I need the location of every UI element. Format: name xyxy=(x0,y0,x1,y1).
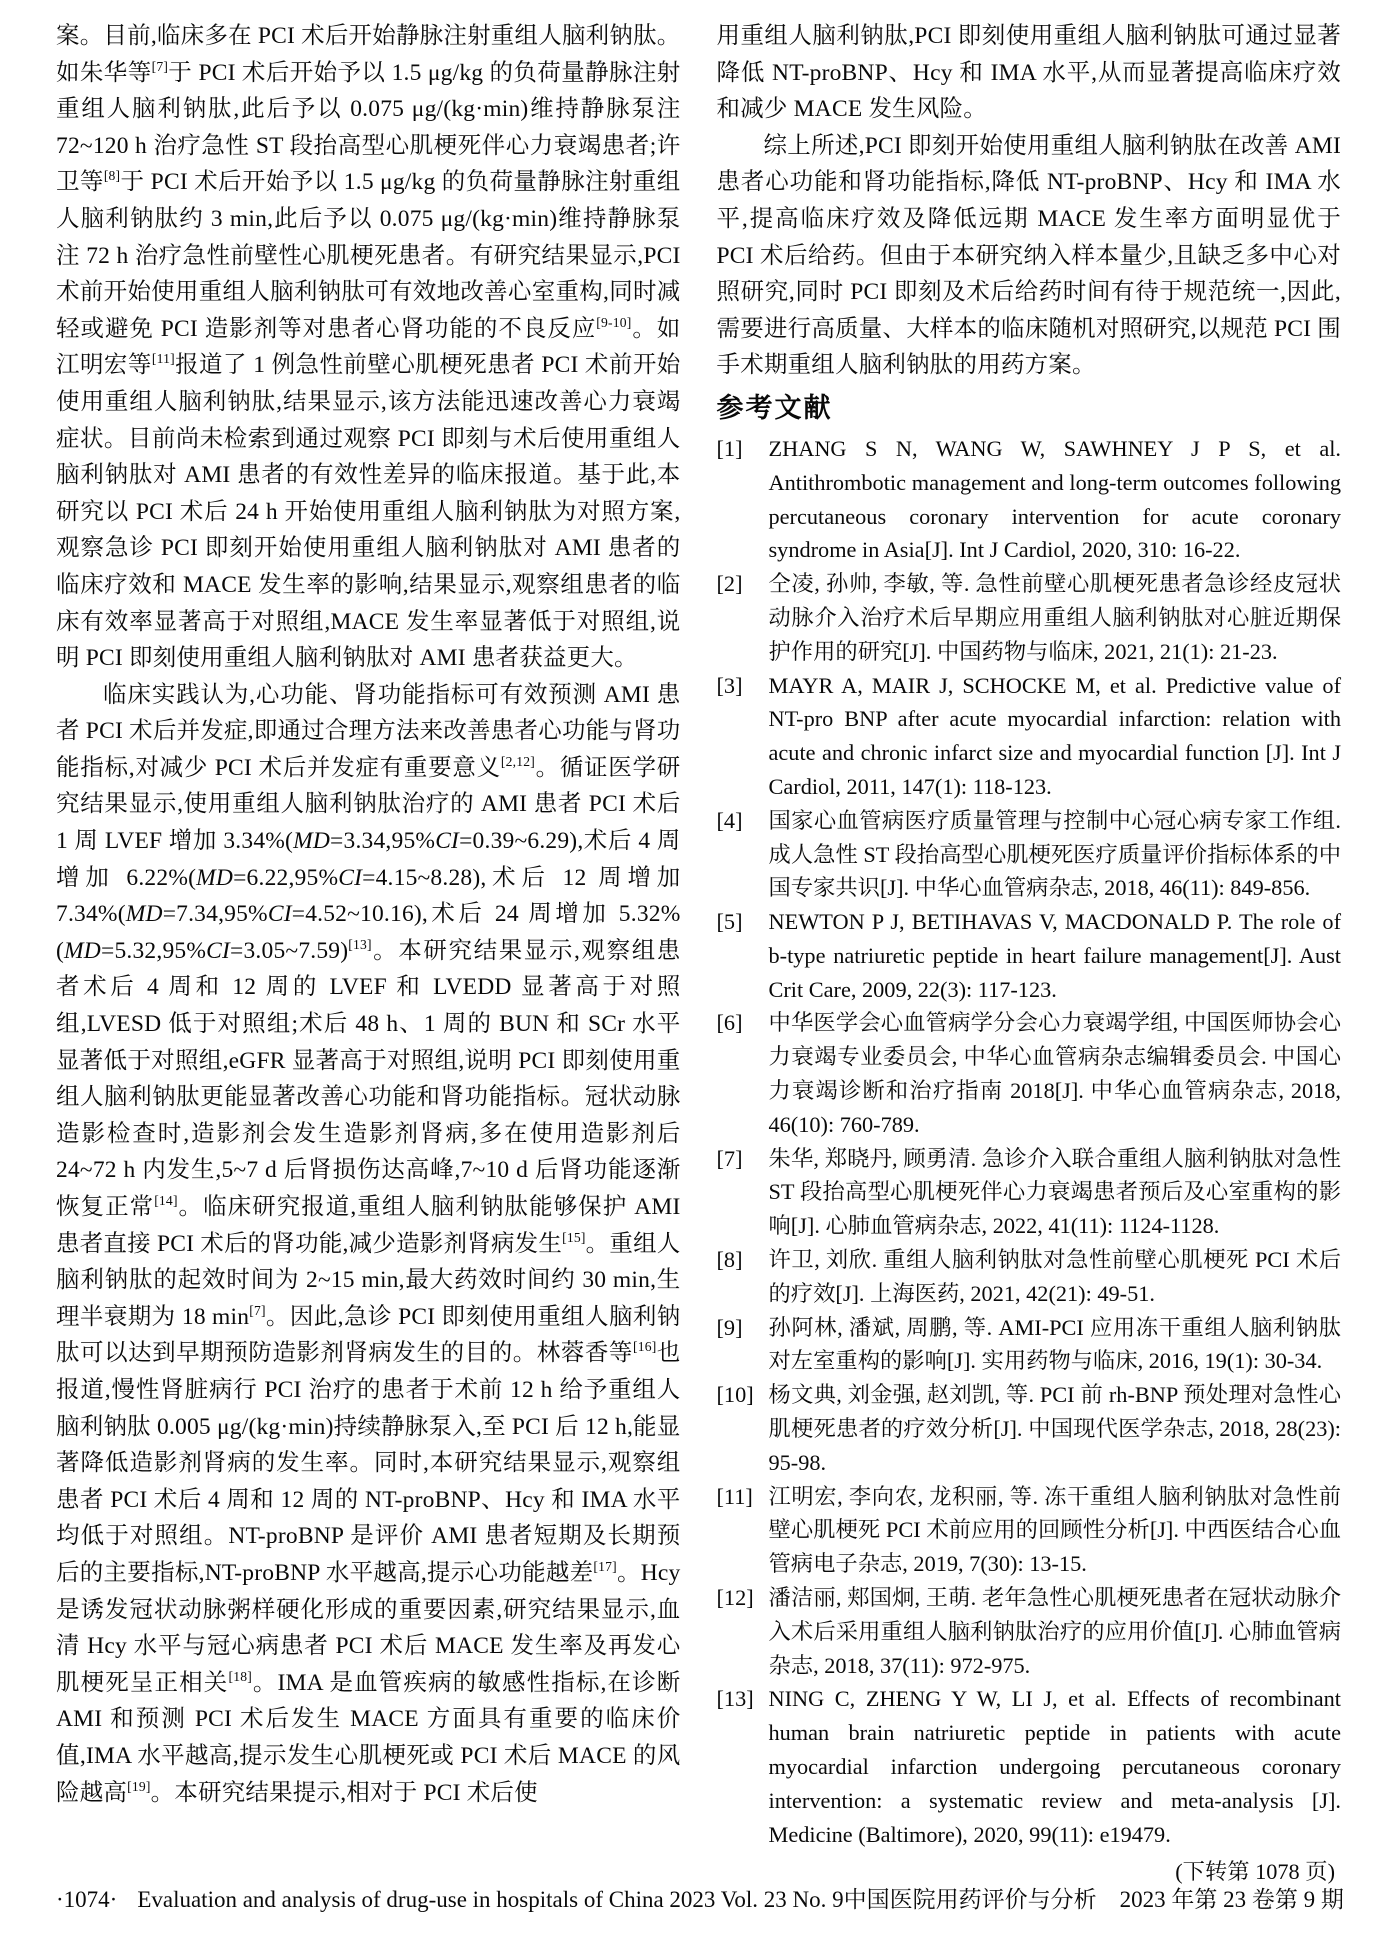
reference-item: [3]MAYR A, MAIR J, SCHOCKE M, et al. Pre… xyxy=(717,669,1342,804)
journal-title-english: Evaluation and analysis of drug-use in h… xyxy=(137,1887,843,1913)
reference-label: [3] xyxy=(717,669,743,703)
citation-superscript: [11] xyxy=(152,352,175,367)
reference-item: [6]中华医学会心血管病学分会心力衰竭学组, 中国医师协会心力衰竭专业委员会, … xyxy=(717,1006,1342,1141)
references-heading: 参考文献 xyxy=(717,388,1342,428)
reference-text: MAYR A, MAIR J, SCHOCKE M, et al. Predic… xyxy=(769,673,1342,799)
body-paragraph: 用重组人脑利钠肽,PCI 即刻使用重组人脑利钠肽可通过显著降低 NT-proBN… xyxy=(717,18,1342,128)
reference-text: ZHANG S N, WANG W, SAWHNEY J P S, et al.… xyxy=(769,436,1342,562)
reference-text: 杨文典, 刘金强, 赵刘凯, 等. PCI 前 rh-BNP 预处理对急性心肌梗… xyxy=(769,1382,1342,1475)
reference-text: NEWTON P J, BETIHAVAS V, MACDONALD P. Th… xyxy=(769,909,1342,1002)
reference-item: [8]许卫, 刘欣. 重组人脑利钠肽对急性前壁心肌梗死 PCI 术后的疗效[J]… xyxy=(717,1243,1342,1311)
right-column: 用重组人脑利钠肽,PCI 即刻使用重组人脑利钠肽可通过显著降低 NT-proBN… xyxy=(717,18,1342,1889)
body-paragraph: 综上所述,PCI 即刻开始使用重组人脑利钠肽在改善 AMI 患者心功能和肾功能指… xyxy=(717,128,1342,384)
reference-text: 国家心血管病医疗质量管理与控制中心冠心病专家工作组. 成人急性 ST 段抬高型心… xyxy=(769,808,1342,901)
reference-item: [1]ZHANG S N, WANG W, SAWHNEY J P S, et … xyxy=(717,432,1342,567)
reference-item: [11]江明宏, 李向农, 龙积丽, 等. 冻干重组人脑利钠肽对急性前壁心肌梗死… xyxy=(717,1480,1342,1581)
reference-label: [1] xyxy=(717,432,743,466)
footer-left: ·1074· Evaluation and analysis of drug-u… xyxy=(56,1887,844,1913)
citation-superscript: [7] xyxy=(249,1303,266,1318)
citation-superscript: [9-10] xyxy=(596,315,631,330)
reference-text: 许卫, 刘欣. 重组人脑利钠肽对急性前壁心肌梗死 PCI 术后的疗效[J]. 上… xyxy=(769,1247,1342,1306)
reference-item: [9]孙阿林, 潘斌, 周鹏, 等. AMI-PCI 应用冻干重组人脑利钠肽对左… xyxy=(717,1311,1342,1379)
citation-superscript: [18] xyxy=(228,1669,252,1684)
reference-text: 孙阿林, 潘斌, 周鹏, 等. AMI-PCI 应用冻干重组人脑利钠肽对左室重构… xyxy=(769,1315,1342,1374)
reference-label: [2] xyxy=(717,567,743,601)
citation-superscript: [15] xyxy=(562,1230,586,1245)
reference-label: [4] xyxy=(717,804,743,838)
body-paragraph: 案。目前,临床多在 PCI 术后开始静脉注射重组人脑利钠肽。如朱华等[7]于 P… xyxy=(56,18,681,677)
reference-item: [10]杨文典, 刘金强, 赵刘凯, 等. PCI 前 rh-BNP 预处理对急… xyxy=(717,1378,1342,1479)
reference-text: 仝凌, 孙帅, 李敏, 等. 急性前壁心肌梗死患者急诊经皮冠状动脉介入治疗术后早… xyxy=(769,571,1342,664)
body-paragraph: 临床实践认为,心功能、肾功能指标可有效预测 AMI 患者 PCI 术后并发症,即… xyxy=(56,677,681,1811)
reference-item: [7]朱华, 郑晓丹, 顾勇清. 急诊介入联合重组人脑利钠肽对急性 ST 段抬高… xyxy=(717,1142,1342,1243)
journal-article-page: 案。目前,临床多在 PCI 术后开始静脉注射重组人脑利钠肽。如朱华等[7]于 P… xyxy=(0,0,1375,1940)
two-column-layout: 案。目前,临床多在 PCI 术后开始静脉注射重组人脑利钠肽。如朱华等[7]于 P… xyxy=(56,18,1341,1889)
reference-text: 中华医学会心血管病学分会心力衰竭学组, 中国医师协会心力衰竭专业委员会, 中华心… xyxy=(769,1010,1342,1136)
reference-item: [12]潘洁丽, 郏国炯, 王萌. 老年急性心肌梗死患者在冠状动脉介入术后采用重… xyxy=(717,1581,1342,1682)
right-column-body: 用重组人脑利钠肽,PCI 即刻使用重组人脑利钠肽可通过显著降低 NT-proBN… xyxy=(717,18,1342,384)
reference-item: [5]NEWTON P J, BETIHAVAS V, MACDONALD P.… xyxy=(717,905,1342,1006)
journal-title-chinese: 中国医院用药评价与分析 2023 年第 23 卷第 9 期 xyxy=(844,1881,1344,1914)
reference-label: [12] xyxy=(717,1581,754,1615)
page-number: ·1074· xyxy=(56,1887,117,1913)
reference-label: [9] xyxy=(717,1311,743,1345)
citation-superscript: [17] xyxy=(593,1559,617,1574)
references-list: [1]ZHANG S N, WANG W, SAWHNEY J P S, et … xyxy=(717,432,1342,1851)
reference-text: 潘洁丽, 郏国炯, 王萌. 老年急性心肌梗死患者在冠状动脉介入术后采用重组人脑利… xyxy=(769,1585,1342,1678)
citation-superscript: [16] xyxy=(633,1340,657,1355)
reference-item: [4]国家心血管病医疗质量管理与控制中心冠心病专家工作组. 成人急性 ST 段抬… xyxy=(717,804,1342,905)
left-column: 案。目前,临床多在 PCI 术后开始静脉注射重组人脑利钠肽。如朱华等[7]于 P… xyxy=(56,18,681,1889)
citation-superscript: [13] xyxy=(348,937,372,952)
citation-superscript: [2,12] xyxy=(501,754,535,769)
citation-superscript: [14] xyxy=(154,1193,178,1208)
reference-label: [7] xyxy=(717,1142,743,1176)
reference-label: [6] xyxy=(717,1006,743,1040)
citation-superscript: [19] xyxy=(127,1779,151,1794)
reference-label: [11] xyxy=(717,1480,753,1514)
page-footer: ·1074· Evaluation and analysis of drug-u… xyxy=(56,1881,1341,1914)
reference-label: [10] xyxy=(717,1378,754,1412)
reference-item: [2]仝凌, 孙帅, 李敏, 等. 急性前壁心肌梗死患者急诊经皮冠状动脉介入治疗… xyxy=(717,567,1342,668)
reference-label: [5] xyxy=(717,905,743,939)
reference-item: [13]NING C, ZHENG Y W, LI J, et al. Effe… xyxy=(717,1682,1342,1851)
reference-label: [8] xyxy=(717,1243,743,1277)
reference-text: 江明宏, 李向农, 龙积丽, 等. 冻干重组人脑利钠肽对急性前壁心肌梗死 PCI… xyxy=(769,1484,1342,1577)
reference-label: [13] xyxy=(717,1682,754,1716)
reference-text: NING C, ZHENG Y W, LI J, et al. Effects … xyxy=(769,1686,1342,1846)
reference-text: 朱华, 郑晓丹, 顾勇清. 急诊介入联合重组人脑利钠肽对急性 ST 段抬高型心肌… xyxy=(769,1146,1342,1239)
citation-superscript: [8] xyxy=(104,169,121,184)
citation-superscript: [7] xyxy=(152,59,169,74)
